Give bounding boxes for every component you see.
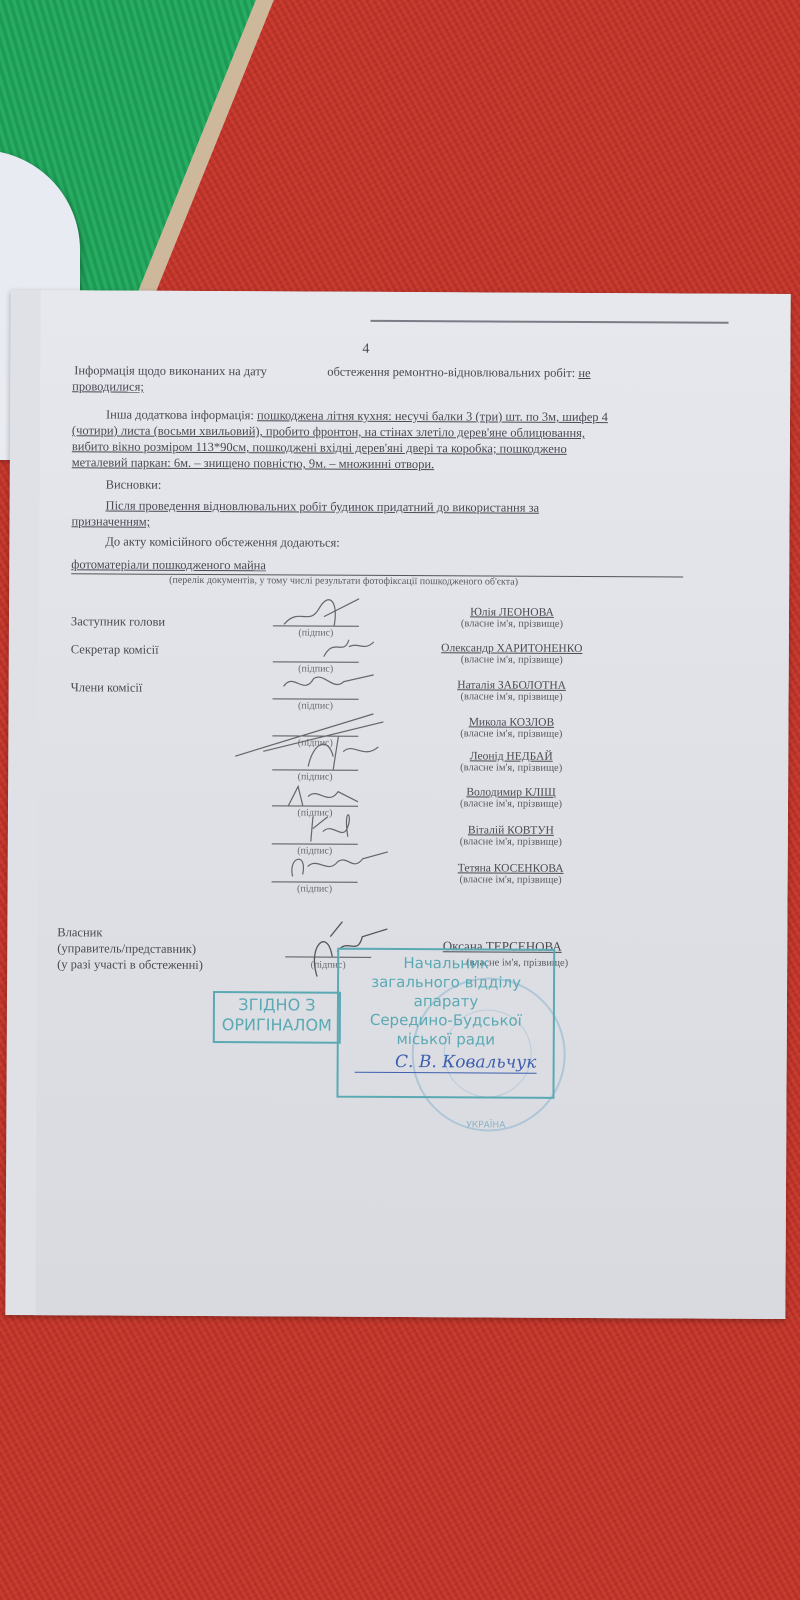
conclusions-value: Після проведення відновлювальних робіт б…: [106, 497, 540, 516]
signature-kharytonenko: [319, 632, 379, 662]
signer-name-block: Наталія ЗАБОЛОТНА(власне ім'я, прізвище): [427, 679, 597, 703]
extra-info-label: Інша додаткова інформація:: [106, 407, 254, 422]
signer-name-block: Микола КОЗЛОВ(власне ім'я, прізвище): [426, 716, 596, 740]
extra-info-line-4: металевий паркан: 6м. – знищено повністю…: [72, 454, 434, 472]
signer-name-block: Тетяна КОСЕНКОВА(власне ім'я, прізвище): [426, 862, 596, 886]
role-secretary: Секретар комісії: [71, 642, 159, 657]
signer-name-block: Віталій КОВТУН(власне ім'я, прізвище): [426, 824, 596, 848]
attachments-caption: (перелік документів, у тому числі резуль…: [169, 575, 518, 588]
official-title-stamp: Начальник загального відділу апарату Сер…: [336, 948, 555, 1099]
attachments-label: До акту комісійного обстеження додаються…: [105, 533, 340, 551]
signature-kosenkova: [283, 846, 393, 882]
signer-name: Наталія ЗАБОЛОТНА: [427, 679, 597, 692]
certified-stamp-line-2: ОРИГІНАЛОМ: [215, 1015, 339, 1036]
certified-stamp-line-1: ЗГІДНО З: [215, 995, 339, 1016]
official-stamp-line-4: Середино-Будської: [339, 1011, 553, 1031]
signer-name: Тетяна КОСЕНКОВА: [426, 862, 596, 875]
owner-label-3: (у разі участі в обстеженні): [57, 957, 203, 973]
signer-name-caption: (власне ім'я, прізвище): [426, 798, 596, 810]
attachments-value: фотоматеріали пошкодженого майна: [71, 556, 683, 577]
signer-name: Юлія ЛЕОНОВА: [427, 606, 597, 619]
signer-name-caption: (власне ім'я, прізвище): [426, 874, 596, 886]
signature-caption: (підпис): [272, 883, 358, 894]
signer-name-caption: (власне ім'я, прізвище): [427, 691, 597, 703]
signer-name: Володимир КЛІЩ: [426, 786, 596, 799]
role-members: Члени комісії: [71, 680, 143, 695]
work-info-mid: обстеження ремонтно-відновлювальних робі…: [327, 365, 575, 380]
signature-nedbai: [303, 732, 383, 772]
document-page: 4 Інформація щодо виконаних на дату обст…: [5, 290, 790, 1319]
official-stamp-line-3: апарату: [339, 992, 553, 1012]
signer-name-block: Леонід НЕДБАЙ(власне ім'я, прізвище): [426, 750, 596, 774]
page-body: 4 Інформація щодо виконаних на дату обст…: [35, 290, 790, 1319]
owner-label-2: (управитель/представник): [57, 941, 196, 957]
signature-zabolotna: [279, 666, 379, 702]
signer-name-caption: (власне ім'я, прізвище): [426, 728, 596, 740]
signer-name: Леонід НЕДБАЙ: [426, 750, 596, 763]
official-stamp-line-2: загального відділу: [339, 973, 553, 993]
signer-name-caption: (власне ім'я, прізвище): [427, 654, 597, 666]
signer-name-caption: (власне ім'я, прізвище): [426, 836, 596, 848]
official-stamp-line-5: міської ради: [339, 1030, 553, 1050]
signer-name-block: Володимир КЛІЩ(власне ім'я, прізвище): [426, 786, 596, 810]
signer-name-caption: (власне ім'я, прізвище): [427, 618, 597, 630]
signer-name-caption: (власне ім'я, прізвище): [426, 762, 596, 774]
signer-name-block: Олександр ХАРИТОНЕНКО(власне ім'я, прізв…: [427, 642, 597, 666]
work-info-paragraph: Інформація щодо виконаних на дату обстеж…: [74, 362, 674, 382]
attachments-value-text: фотоматеріали пошкодженого майна: [71, 557, 266, 572]
header-rule: [371, 320, 729, 324]
role-deputy-head: Заступник голови: [71, 614, 165, 629]
work-info-value: не: [578, 366, 590, 380]
signer-name: Микола КОЗЛОВ: [426, 716, 596, 729]
official-stamp-line-1: Начальник: [339, 954, 553, 974]
page-number: 4: [362, 342, 369, 359]
work-info-value-cont: проводилися;: [72, 378, 144, 395]
work-info-lead: Інформація щодо виконаних на дату: [74, 363, 267, 378]
owner-label: Власник: [57, 925, 102, 940]
extra-info-value: пошкоджена літня кухня: несучі балки 3 (…: [257, 408, 608, 424]
signer-name: Віталій КОВТУН: [426, 824, 596, 837]
signature-kovtun: [303, 807, 363, 847]
certified-copy-stamp: ЗГІДНО З ОРИГІНАЛОМ: [213, 991, 341, 1044]
signer-name: Олександр ХАРИТОНЕНКО: [427, 642, 597, 655]
signature-caption: (підпис): [272, 700, 358, 711]
conclusions-value-cont: призначенням;: [71, 513, 150, 530]
official-handwritten-signature: С. В. Ковальчук: [355, 1053, 536, 1074]
seal-bottom-text: УКРАЇНА: [466, 1120, 505, 1130]
conclusions-label: Висновки:: [106, 476, 162, 493]
signer-name-block: Юлія ЛЕОНОВА(власне ім'я, прізвище): [427, 606, 597, 630]
